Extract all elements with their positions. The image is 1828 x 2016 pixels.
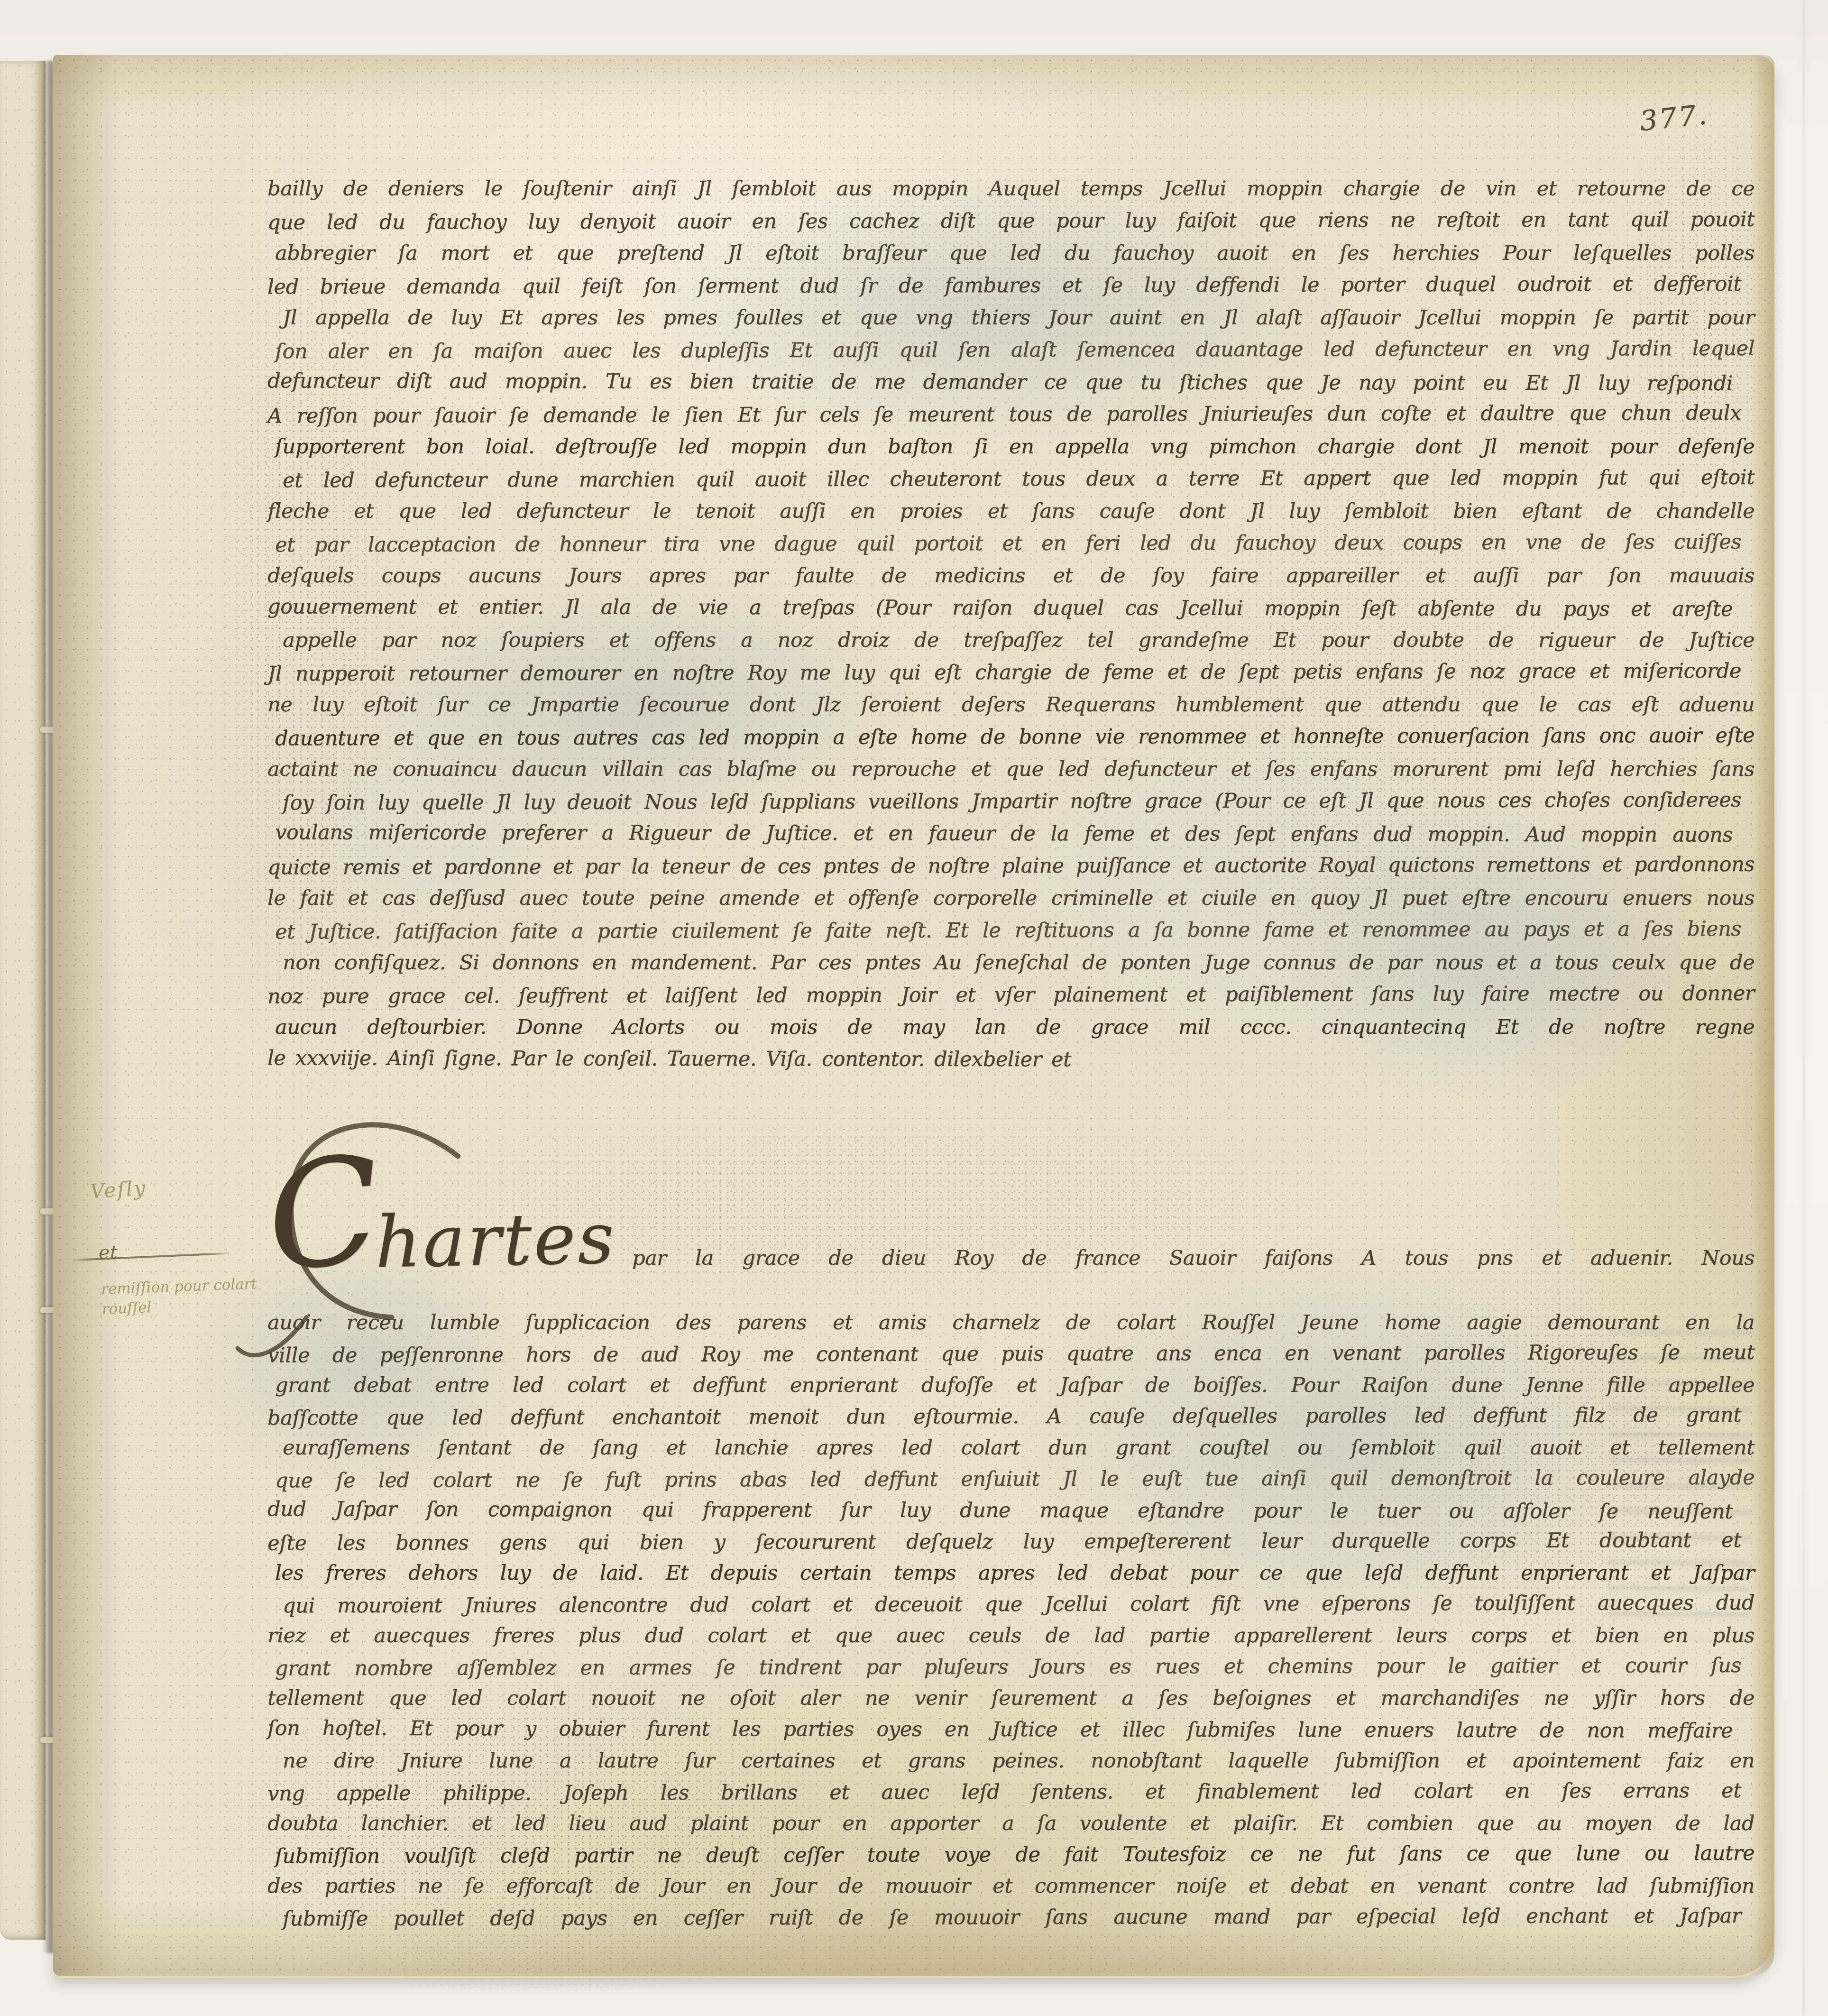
manuscript-line: ſubmiſſion voulſiſt cleſd partir ne deuſ… bbox=[267, 1838, 1755, 1872]
manuscript-line: grant nombre aſſemblez en armes ſe tindr… bbox=[267, 1650, 1755, 1685]
manuscript-line: gouuernement et entier. Jl ala de vie a … bbox=[267, 590, 1755, 625]
margin-note-remission: remiſſion pour colart rouſſel bbox=[101, 1274, 258, 1319]
manuscript-line: baſſcotte que led deffunt enchantoit men… bbox=[267, 1399, 1755, 1434]
manuscript-line: et Juſtice. ſatiſfacion faite a partie c… bbox=[267, 913, 1755, 948]
manuscript-line: qui mouroient Jniures alencontre dud col… bbox=[267, 1587, 1755, 1622]
decorated-initial-word: hartes bbox=[375, 1203, 616, 1279]
manuscript-line: noz pure grace cel. ſeuffrent et laiſſen… bbox=[267, 977, 1755, 1013]
manuscript-line: des parties ne ſe efforcaſt de Jour en J… bbox=[267, 1870, 1755, 1902]
margin-note-et-text: et bbox=[99, 1242, 118, 1263]
manuscript-line: ſupporterent bon loial. deſtrouſſe led m… bbox=[267, 431, 1755, 463]
manuscript-line: eſte les bonnes gens qui bien y ſecourur… bbox=[267, 1525, 1755, 1559]
manuscript-line: led brieue demanda quil feiſt ſon ſermen… bbox=[267, 268, 1755, 304]
manuscript-line: ville de peſſenronne hors de aud Roy me … bbox=[267, 1337, 1755, 1372]
manuscript-line: ne dire Jniure lune a lautre ſur certain… bbox=[267, 1745, 1755, 1777]
manuscript-line: que ſe led colart ne ſe fuſt prins abas … bbox=[267, 1462, 1755, 1497]
manuscript-line: dauenture et que en tous autres cas led … bbox=[267, 719, 1755, 755]
manuscript-line: non confiſquez. Si donnons en mandement.… bbox=[267, 947, 1755, 979]
manuscript-line: le fait et cas deſſusd auec toute peine … bbox=[267, 882, 1755, 914]
entry-2-text: auoir receu lumble ſupplicacion des pare… bbox=[267, 1307, 1755, 1933]
manuscript-line: actaint ne conuaincu daucun villain cas … bbox=[267, 753, 1755, 785]
manuscript-line: doubta lanchier. et led lieu aud plaint … bbox=[267, 1808, 1755, 1839]
manuscript-line: quicte remis et pardonne et par la teneu… bbox=[267, 848, 1755, 884]
manuscript-line: Jl appella de luy Et apres les pmes foul… bbox=[267, 302, 1755, 334]
manuscript-line: riez et auecques freres plus dud colart … bbox=[267, 1620, 1755, 1651]
manuscript-line: ne luy eſtoit ſur ce Jmpartie ſecourue d… bbox=[267, 689, 1755, 721]
manuscript-line: auoir receu lumble ſupplicacion des pare… bbox=[267, 1307, 1755, 1338]
previous-folio-edge bbox=[0, 61, 46, 1940]
entry-2-opening-line: C hartes par la grace de dieu Roy de fra… bbox=[267, 1141, 1755, 1288]
entry-1-text: bailly de deniers le ſouſtenir ainſi Jl … bbox=[267, 173, 1755, 1076]
manuscript-line: appelle par noz ſoupiers et offens a noz… bbox=[267, 624, 1755, 656]
manuscript-line: et par lacceptacion de honneur tira vne … bbox=[267, 526, 1755, 562]
backdrop-crease bbox=[1803, 0, 1805, 2016]
manuscript-line: Jl nupperoit retourner demourer en noſtr… bbox=[267, 655, 1755, 690]
manuscript-line: defuncteur diſt aud moppin. Tu es bien t… bbox=[267, 365, 1755, 399]
manuscript-line: dud Jaſpar ſon compaignon qui frapperent… bbox=[267, 1493, 1755, 1527]
manuscript-line: ſon aler en ſa maiſon auec les dupleſſis… bbox=[267, 332, 1755, 368]
manuscript-line: que led du fauchoy luy denyoit auoir en … bbox=[267, 203, 1755, 239]
manuscript-line: aucun deſtourbier. Donne Aclorts ou mois… bbox=[267, 1011, 1755, 1043]
manuscript-line: tellement que led colart nouoit ne oſoit… bbox=[267, 1683, 1755, 1714]
margin-note-et: et bbox=[99, 1242, 118, 1263]
decorated-initial-letter: C bbox=[261, 1136, 386, 1292]
manuscript-photo: 377. bailly de deniers le ſouſtenir ainſ… bbox=[0, 0, 1828, 2016]
pen-flourish-stroke bbox=[71, 1252, 230, 1261]
manuscript-line: deſquels coups aucuns Jours apres par fa… bbox=[267, 560, 1755, 592]
page-edge-browning bbox=[1752, 55, 1774, 1976]
folio-number: 377. bbox=[1638, 98, 1710, 138]
manuscript-line: abbregier ſa mort et que preſtend Jl eſt… bbox=[267, 237, 1755, 269]
manuscript-line: grant debat entre led colart et deffunt … bbox=[267, 1370, 1755, 1401]
manuscript-line: A reſſon pour ſauoir ſe demande le ſien … bbox=[267, 397, 1755, 433]
parchment-page: 377. bailly de deniers le ſouſtenir ainſ… bbox=[53, 55, 1774, 1976]
manuscript-line: les freres dehors luy de laid. Et depuis… bbox=[267, 1557, 1755, 1589]
manuscript-line: fleche et que led defuncteur le tenoit a… bbox=[267, 495, 1755, 527]
manuscript-line: vng appelle philippe. Joſeph les brillan… bbox=[267, 1775, 1755, 1810]
manuscript-line: le xxxviije. Ainſi ſigne. Par le conſeil… bbox=[267, 1042, 1755, 1077]
margin-note-place: Veſly bbox=[89, 1176, 147, 1203]
manuscript-line: ſoy ſoin luy quelle Jl luy deuoit Nous l… bbox=[267, 784, 1755, 819]
manuscript-line: ſubmiſſe poullet deſd pays en ceſſer rui… bbox=[267, 1900, 1755, 1935]
entry-2-opening-text: par la grace de dieu Roy de france Sauoi… bbox=[632, 1244, 1755, 1272]
manuscript-line: bailly de deniers le ſouſtenir ainſi Jl … bbox=[267, 173, 1755, 205]
manuscript-line: voulans miſericorde preferer a Rigueur d… bbox=[267, 816, 1755, 851]
manuscript-line: ſon hoſtel. Et pour y obuier furent les … bbox=[267, 1712, 1755, 1746]
manuscript-line: euraſſemens ſentant de ſang et lanchie a… bbox=[267, 1432, 1755, 1464]
manuscript-line: et led defuncteur dune marchien quil auo… bbox=[267, 461, 1755, 497]
